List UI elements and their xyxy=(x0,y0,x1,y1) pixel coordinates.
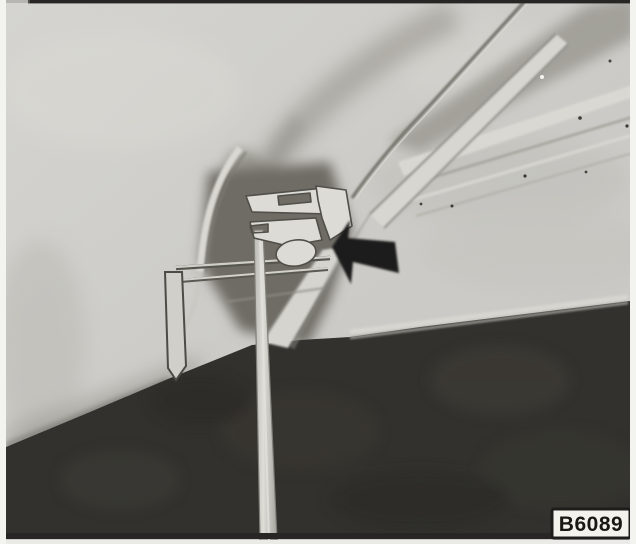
photo-canvas: B6089 xyxy=(0,0,636,544)
left-margin xyxy=(0,0,6,544)
bottom-margin xyxy=(6,540,630,544)
figure-label-text: B6089 xyxy=(559,513,623,536)
right-margin xyxy=(630,0,636,544)
wire-blade-end xyxy=(165,272,186,380)
figure-label-badge: B6089 xyxy=(552,509,630,538)
manual-photo-figure: B6089 xyxy=(0,0,636,544)
